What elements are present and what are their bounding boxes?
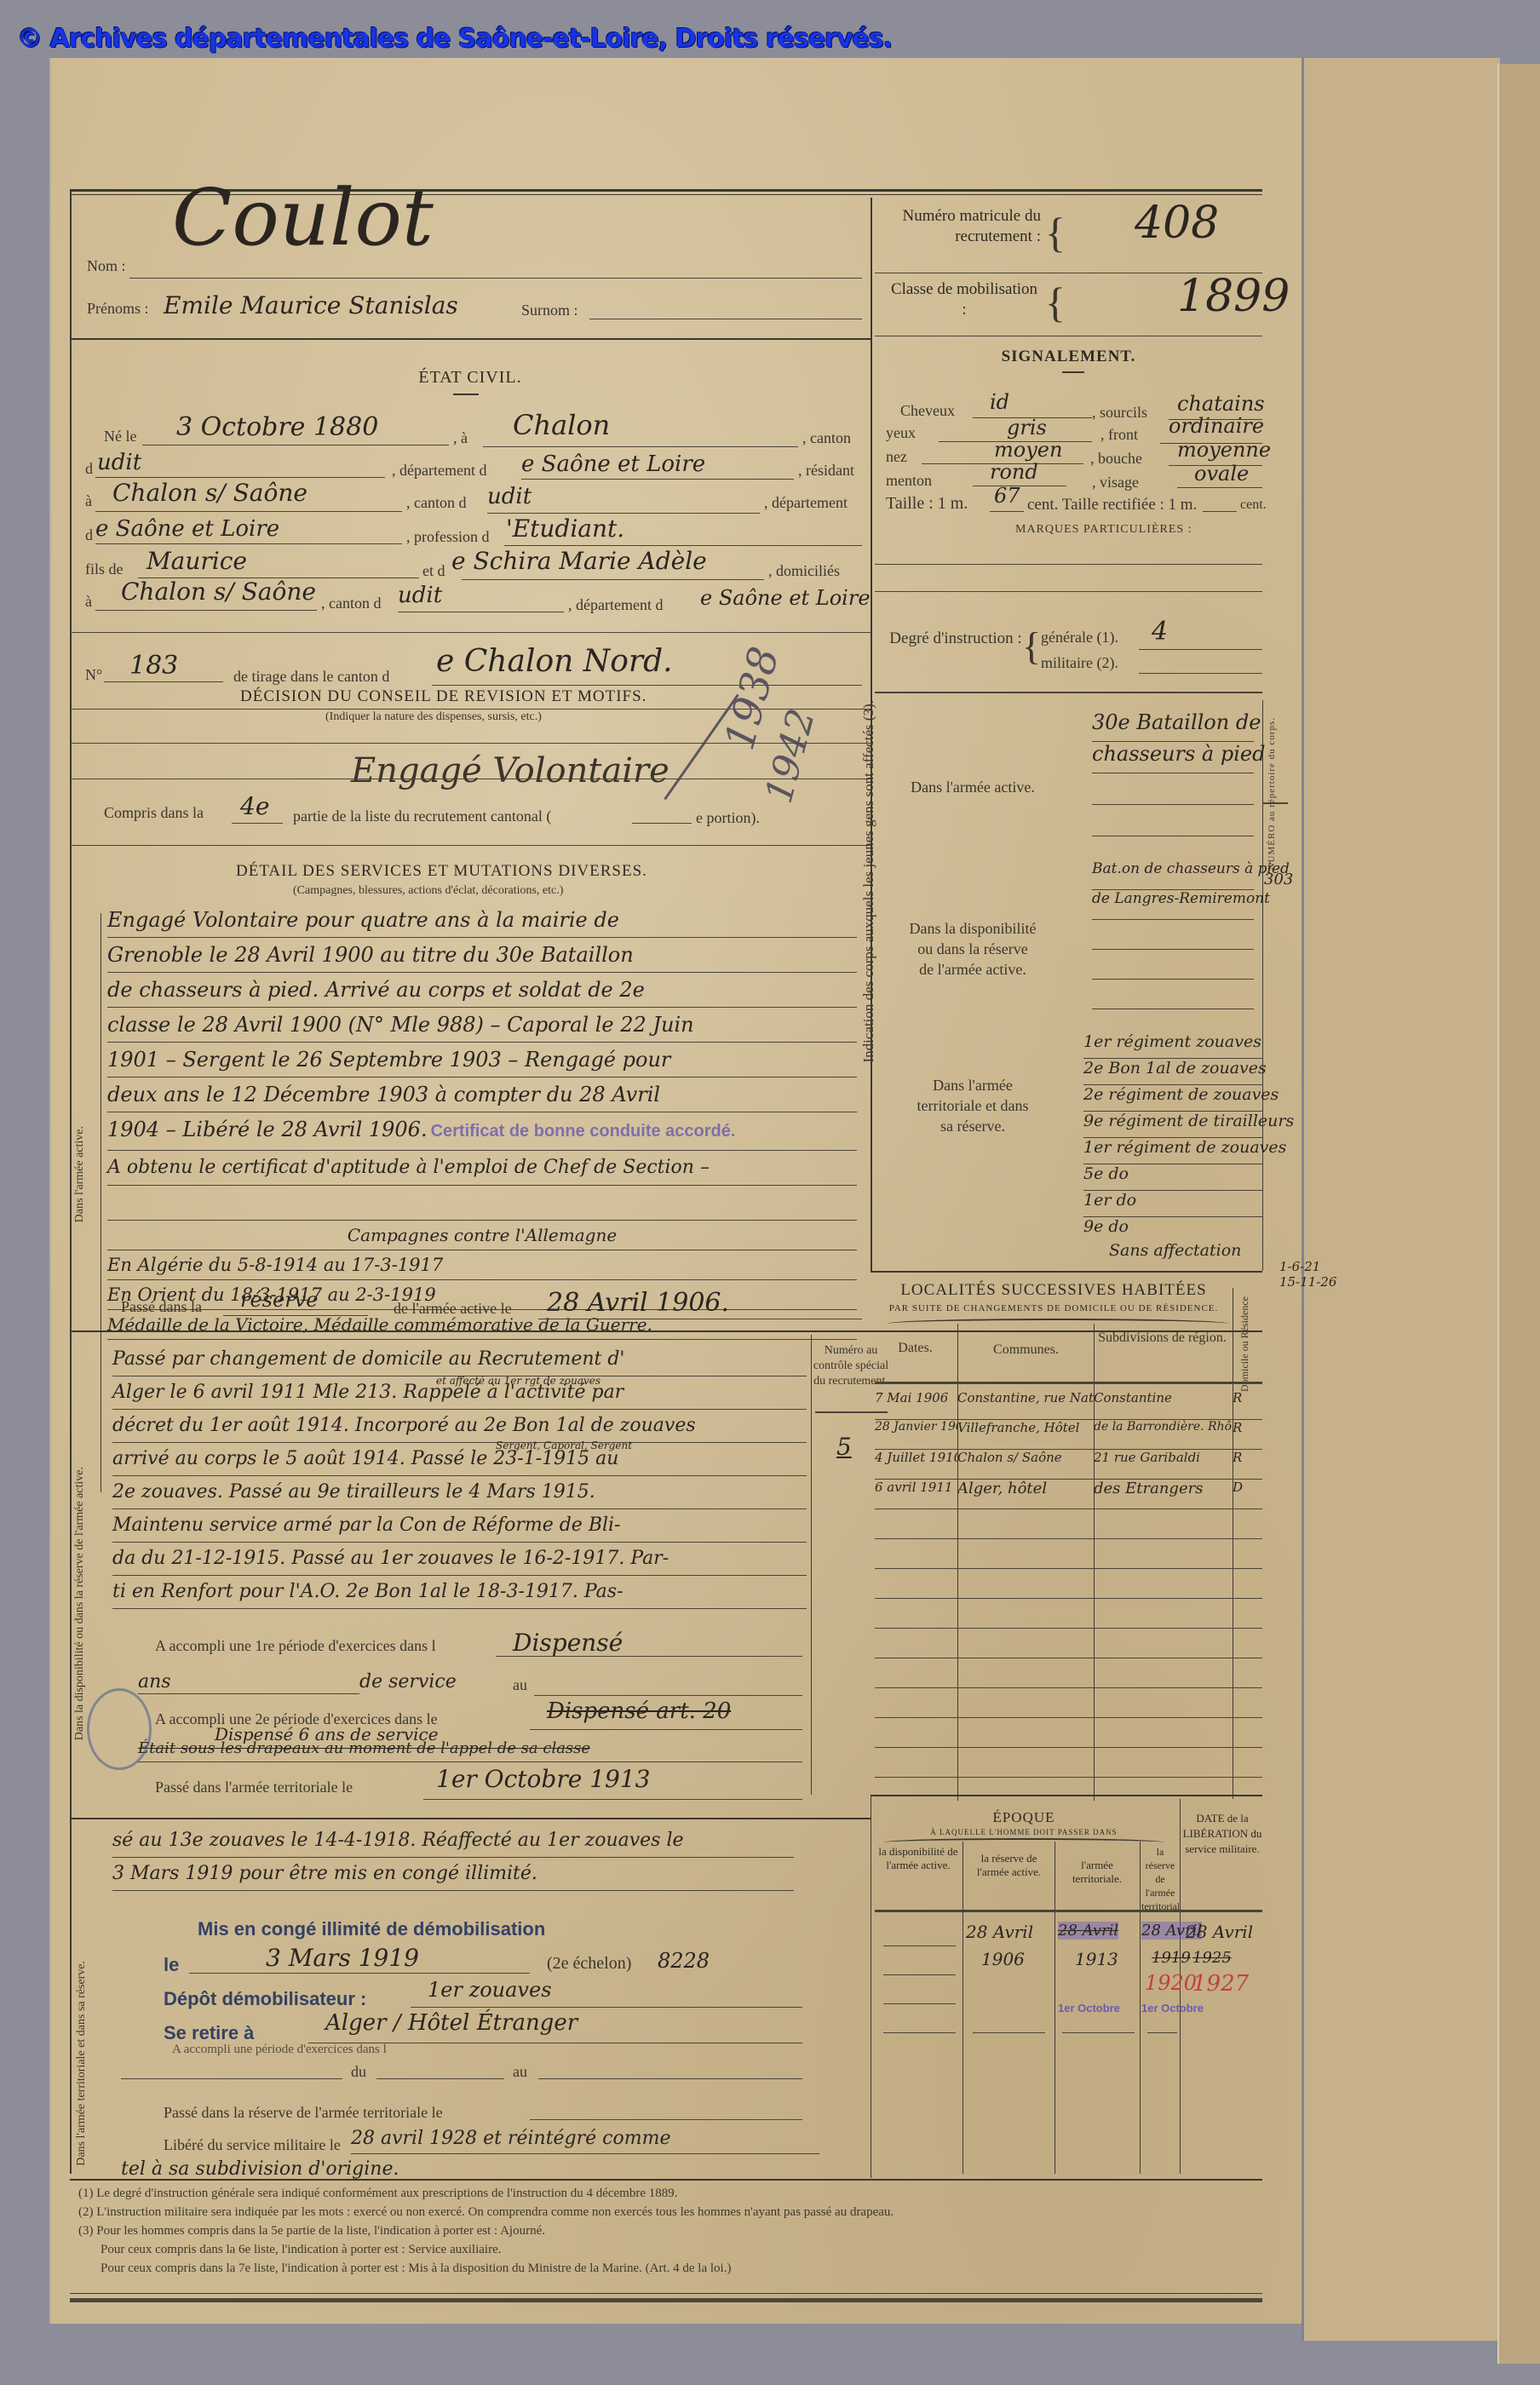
localite-row-empty: [875, 1539, 1262, 1569]
prenoms-value: Emile Maurice Stanislas: [164, 291, 458, 319]
footnote-3: (3) Pour les hommes compris dans la 5e p…: [78, 2221, 1262, 2240]
du-label: du: [351, 2063, 366, 2081]
classe-value: 1899: [1177, 271, 1290, 322]
residant-label: , résidant: [798, 462, 854, 480]
service-line: A obtenu le certificat d'aptitude à l'em…: [107, 1151, 857, 1186]
periode1-service: de service: [359, 1671, 457, 1692]
service-line: deux ans le 12 Décembre 1903 à compter d…: [107, 1078, 857, 1112]
liberation-struck-year: 1925: [1192, 1949, 1232, 1967]
services-text: Engagé Volontaire pour quatre ans à la m…: [107, 903, 857, 1340]
localite-row: 28 Janvier 1908Villefranche, Hôtelde la …: [875, 1420, 1262, 1450]
reserve-active-year: 1906: [981, 1949, 1025, 1969]
reserve-active-date: 28 Avril: [966, 1922, 1033, 1942]
libere-label: Libéré du service militaire le: [164, 2136, 341, 2154]
reserve-territoriale-label: Passé dans la réserve de l'armée territo…: [164, 2104, 443, 2122]
canton2-value: udit: [487, 484, 532, 509]
territoriale-side-label: Dans l'armée territoriale et dans sa rés…: [75, 1961, 89, 2166]
col-dates: Dates.: [875, 1341, 956, 1356]
affectation-terr-line: 5e do: [1083, 1164, 1262, 1191]
date-naissance: 3 Octobre 1880: [176, 412, 378, 442]
conge-date: 3 Mars 1919: [266, 1944, 419, 1972]
cheveux-label: Cheveux: [900, 402, 955, 420]
affectation-terr-line: 9e do: [1083, 1217, 1262, 1241]
disponibilite-side-label: Dans la disponibilité ou dans la réserve…: [73, 1467, 87, 1740]
taille-value: 67: [994, 484, 1020, 508]
service-line: 1904 – Libéré le 28 Avril 1906.: [107, 1118, 428, 1141]
periode2-struck-note: Était sous les drapeaux au moment de l'a…: [138, 1739, 590, 1757]
col-reserve-active: la réserve de l'armée active.: [964, 1852, 1054, 1879]
epoque-title: ÉPOQUE: [875, 1809, 1173, 1826]
passe-reserve-label: Passé dans la: [121, 1298, 202, 1316]
canton-label: , canton: [802, 429, 851, 447]
periode1-value: Dispensé: [513, 1629, 623, 1657]
service-line: Engagé Volontaire pour quatre ans à la m…: [107, 903, 857, 938]
bouche-value: moyenne: [1177, 438, 1271, 462]
localite-row-empty: [875, 1748, 1262, 1778]
localites-table: 7 Mai 1906Constantine, rue NationaleCons…: [875, 1390, 1262, 1778]
passe-territoriale-date: 1er Octobre 1913: [436, 1765, 650, 1793]
localite-row-empty: [875, 1569, 1262, 1599]
affectation-terr-line: 2e régiment de zouaves: [1083, 1085, 1262, 1112]
canton2-label: , canton d: [406, 494, 466, 512]
nom-label: Nom :: [87, 257, 126, 275]
localite-row-empty: [875, 1599, 1262, 1629]
territoriale-year: 1913: [1075, 1949, 1118, 1969]
nom-value: Coulot: [172, 172, 434, 263]
affectation-terr-line: 2e Bon 1al de zouaves: [1083, 1059, 1262, 1085]
menton-label: menton: [886, 472, 932, 490]
domicilies-label: , domiciliés: [768, 562, 840, 580]
echelon-label: (2e échelon): [547, 1954, 631, 1974]
campagne-algerie: En Algérie du 5-8-1914 au 17-3-1917: [107, 1250, 857, 1280]
etat-civil-title: ÉTAT CIVIL.: [70, 368, 871, 388]
libere-suite: tel à sa subdivision d'origine.: [121, 2158, 399, 2180]
instruction-generale-label: générale (1).: [1041, 629, 1118, 647]
col-disponibilite: la disponibilité de l'armée active.: [875, 1845, 962, 1872]
services-side-label: Dans l'armée active.: [73, 1126, 87, 1222]
sans-affectation: Sans affectation: [1083, 1241, 1262, 1263]
service-line: de chasseurs à pied. Arrivé au corps et …: [107, 973, 857, 1008]
mere-value: e Schira Marie Adèle: [451, 547, 707, 575]
localite-row-empty: [875, 1658, 1262, 1688]
col-reserve-territoriale: la réserve de l'armée territoriale.: [1141, 1845, 1179, 1913]
partie-label: partie de la liste du recrutement canton…: [293, 807, 551, 825]
signalement-title: SIGNALEMENT.: [875, 348, 1262, 366]
liberation-red-year: 1927: [1192, 1971, 1249, 1997]
dispo-line: Passé par changement de domicile au Recr…: [112, 1343, 807, 1376]
partie-value: 4e: [240, 792, 269, 820]
depot-label: Dépôt démobilisateur :: [164, 1988, 366, 2010]
armee-active-list: 30e Bataillon de chasseurs à pied: [1092, 710, 1254, 836]
passe-territoriale-label: Passé dans l'armée territoriale le: [155, 1779, 353, 1796]
footnotes: (1) Le degré d'instruction générale sera…: [78, 2184, 1262, 2278]
instruction-militaire-label: militaire (2).: [1041, 654, 1118, 672]
copyright-watermark: © Archives départementales de Saône-et-L…: [17, 24, 892, 54]
departement2-prefix: d: [85, 526, 93, 544]
departement3-value: e Saône et Loire: [700, 586, 871, 610]
reserve-terr-stamp: 1er Octobre: [1141, 2002, 1204, 2014]
domicile-value: Chalon s/ Saône: [121, 578, 316, 606]
periode-label: A accompli une période d'exercices dans …: [172, 2043, 387, 2057]
libere-date: 28 avril 1928 et réintégré comme: [351, 2128, 670, 2149]
service-line: 1901 – Sergent le 26 Septembre 1903 – Re…: [107, 1043, 857, 1078]
dispo-line: da du 21-12-1915. Passé au 1er zouaves l…: [112, 1543, 807, 1576]
profession-value: 'Etudiant.: [506, 514, 624, 543]
tirage-numero: 183: [129, 651, 178, 681]
prenoms-label: Prénoms :: [87, 300, 149, 318]
numero-matricule-value: 408: [1135, 198, 1219, 249]
fils-de-label: fils de: [85, 560, 124, 578]
campagnes-title: Campagnes contre l'Allemagne: [107, 1221, 857, 1250]
terr-line: 3 Mars 1919 pour être mis en congé illim…: [112, 1858, 794, 1891]
service-line: Grenoble le 28 Avril 1900 au titre du 30…: [107, 938, 857, 973]
bonne-conduite-stamp: Certificat de bonne conduite accordé.: [431, 1122, 736, 1141]
profession-label: , profession d: [406, 528, 490, 546]
passe-reserve-suffix: de l'armée active le: [394, 1300, 512, 1318]
footnote-5: Pour ceux compris dans la 7e liste, l'in…: [78, 2259, 1262, 2278]
numero-controle-value: 5: [836, 1433, 852, 1461]
canton3-value: udit: [398, 583, 442, 608]
tirage-prefix: N°: [85, 666, 102, 684]
next-page-edge: [1302, 58, 1500, 2341]
front-label: , front: [1100, 426, 1138, 444]
echelon-number: 8228: [658, 1949, 710, 1973]
yeux-label: yeux: [886, 424, 916, 442]
epoque-subtitle: À LAQUELLE L'HOMME DOIT PASSER DANS: [875, 1828, 1173, 1836]
passe-reserve-value: réserve: [240, 1288, 318, 1312]
margin-date: 15-11-26: [1279, 1274, 1336, 1290]
decision-motif: Engagé Volontaire: [351, 751, 669, 790]
residence-value: Chalon s/ Saône: [112, 479, 307, 507]
nez-label: nez: [886, 448, 907, 466]
cheveux-value: id: [990, 390, 1009, 414]
au-label-2: au: [513, 2063, 527, 2081]
affectation-terr-line: 9e régiment de tirailleurs: [1083, 1112, 1262, 1138]
territoriale-list: 1er régiment zouaves 2e Bon 1al de zouav…: [1083, 1032, 1262, 1263]
binding-edge: [1497, 64, 1540, 2364]
canton-value: udit: [97, 450, 141, 475]
terr-line: sé au 13e zouaves le 14-4-1918. Réaffect…: [112, 1825, 794, 1858]
reserve-terr-red-year: 1920: [1145, 1971, 1197, 1995]
affectation-terr-line: 1er régiment de zouaves: [1083, 1138, 1262, 1164]
pere-value: Maurice: [147, 547, 247, 575]
visage-label: , visage: [1092, 474, 1139, 491]
disponibilite-label: Dans la disponibilité ou dans la réserve…: [909, 918, 1037, 980]
territoriale-stamp: 1er Octobre: [1058, 2002, 1120, 2014]
portion-label: e portion).: [696, 809, 760, 827]
dispo-line: arrivé au corps le 5 août 1914. Passé le…: [112, 1443, 807, 1476]
interline-note: et affecté au 1er rgt de zouaves: [436, 1375, 600, 1387]
nez-value: moyen: [994, 438, 1062, 462]
cent-label: cent.: [1240, 497, 1267, 513]
sourcils-label: , sourcils: [1092, 404, 1147, 422]
localites-subtitle: PAR SUITE DE CHANGEMENTS DE DOMICILE OU …: [875, 1303, 1233, 1313]
ne-le-label: Né le: [104, 428, 136, 445]
footnote-4: Pour ceux compris dans la 6e liste, l'in…: [78, 2240, 1262, 2259]
passe-reserve-date: 28 Avril 1906.: [547, 1288, 729, 1318]
instruction-generale-value: 4: [1152, 617, 1168, 647]
departement3-label: , département d: [568, 596, 663, 614]
territoriale-text: sé au 13e zouaves le 14-4-1918. Réaffect…: [112, 1825, 794, 1891]
affectations-side-label: Indication des corps auxquels les jeunes…: [860, 700, 877, 1063]
col-communes: Communes.: [960, 1342, 1092, 1358]
numero-repertoire-label: NUMÉRO au répertoire du corps.: [1267, 717, 1277, 870]
col-subdivisions: Subdivisions de région.: [1096, 1330, 1228, 1346]
dispo-line: ti en Renfort pour l'A.O. 2e Bon 1al le …: [112, 1576, 807, 1609]
menton-value: rond: [990, 460, 1038, 484]
disponibilite-list: Bat.on de chasseurs à pied de Langres-Re…: [1092, 860, 1254, 1009]
yeux-value: gris: [1007, 416, 1047, 440]
conge-le-label: le: [164, 1954, 179, 1976]
reserve-terr-struck-year: 1919: [1152, 1949, 1191, 1967]
localites-title: LOCALITÉS SUCCESSIVES HABITÉES: [875, 1281, 1233, 1300]
armee-active-label: Dans l'armée active.: [909, 777, 1037, 797]
interline-note: Sergent, Caporal, Sergent: [496, 1440, 632, 1451]
affectation-dispo-line: de Langres-Remiremont: [1092, 890, 1254, 920]
services-title: DÉTAIL DES SERVICES ET MUTATIONS DIVERSE…: [236, 862, 647, 881]
periode1-label: A accompli une 1re période d'exercices d…: [155, 1637, 436, 1655]
front-value: ordinaire: [1169, 414, 1264, 438]
surnom-label: Surnom :: [521, 302, 578, 319]
departement2-value: e Saône et Loire: [95, 516, 279, 542]
a-label: , à: [453, 429, 468, 447]
localite-row-empty: [875, 1509, 1262, 1539]
localite-row: 4 Juillet 1910Chalon s/ Saône21 rue Gari…: [875, 1450, 1262, 1480]
affectation-terr-line: 1er régiment zouaves: [1083, 1032, 1262, 1059]
affectation-dispo-line: Bat.on de chasseurs à pied: [1092, 860, 1254, 890]
territoriale-date: 28 Avril: [1058, 1922, 1118, 1940]
services-subtitle: (Campagnes, blessures, actions d'éclat, …: [293, 884, 563, 898]
col-domicile: Domicile ou Résidence: [1238, 1296, 1251, 1392]
affectation-active-line: 30e Bataillon de: [1092, 710, 1254, 742]
retire-value: Alger / Hôtel Étranger: [325, 2010, 577, 2036]
residence-prefix: à: [85, 492, 92, 510]
liberation-date: 28 Avril: [1186, 1922, 1253, 1942]
localite-row: 7 Mai 1906Constantine, rue NationaleCons…: [875, 1390, 1262, 1420]
taille-label: Taille : 1 m.: [886, 494, 968, 514]
disponibilite-numero: 303: [1264, 871, 1293, 888]
au-label: au: [513, 1676, 527, 1694]
footnote-1: (1) Le degré d'instruction générale sera…: [78, 2184, 1262, 2203]
departement2-label: , département: [764, 494, 848, 512]
marques-label: MARQUES PARTICULIÈRES :: [1015, 523, 1192, 537]
retire-label: Se retire à: [164, 2022, 254, 2044]
service-line: classe le 28 Avril 1900 (N° Mle 988) – C…: [107, 1008, 857, 1043]
canton-prefix: d: [85, 460, 93, 478]
dispo-line: Maintenu service armé par la Con de Réfo…: [112, 1509, 807, 1543]
affectation-terr-line: 1er do: [1083, 1191, 1262, 1217]
classe-label: Classe de mobilisation :: [888, 279, 1041, 320]
localite-row-empty: [875, 1629, 1262, 1658]
canton3-label: , canton d: [321, 595, 381, 612]
dispo-line: décret du 1er août 1914. Incorporé au 2e…: [112, 1410, 807, 1443]
affectation-active-line: chasseurs à pied: [1092, 742, 1254, 773]
mere-label: et d: [422, 562, 445, 580]
tirage-label: de tirage dans le canton d: [233, 668, 389, 686]
circular-stamp: [87, 1688, 152, 1770]
margin-date: 1-6-21: [1279, 1259, 1320, 1274]
col-armee-territoriale: l'armée territoriale.: [1056, 1859, 1138, 1886]
periode2-value: Dispensé art. 20: [547, 1698, 731, 1724]
visage-value: ovale: [1194, 462, 1249, 486]
lieu-naissance: Chalon: [513, 409, 610, 441]
compris-label: Compris dans la: [104, 804, 204, 822]
departement-value: e Saône et Loire: [521, 451, 705, 477]
decision-subtitle: (Indiquer la nature des dispenses, sursi…: [325, 710, 542, 724]
bouche-label: , bouche: [1090, 450, 1142, 468]
military-register-form: Nom : Coulot Prénoms : Emile Maurice Sta…: [70, 189, 1262, 2182]
localite-row-empty: [875, 1718, 1262, 1748]
localite-row: 6 avril 1911Alger, hôteldes EtrangersD: [875, 1480, 1262, 1509]
sourcils-value: chatains: [1177, 392, 1265, 416]
taille-rectifiee-label: cent. Taille rectifiée : 1 m.: [1027, 496, 1197, 514]
periode1-ans: ans: [138, 1671, 171, 1692]
domicile-prefix: à: [85, 593, 92, 611]
numero-matricule-label: Numéro matricule du recrutement :: [888, 206, 1041, 247]
decision-title: DÉCISION DU CONSEIL DE REVISION ET MOTIF…: [240, 687, 646, 706]
depot-value: 1er zouaves: [428, 1978, 552, 2002]
armee-territoriale-label: Dans l'armée territoriale et dans sa rés…: [909, 1075, 1037, 1136]
localite-row-empty: [875, 1688, 1262, 1718]
degre-instruction-label: Degré d'instruction :: [888, 629, 1024, 649]
departement-label: , département d: [392, 462, 486, 480]
col-liberation: DATE de la LIBÉRATION du service militai…: [1182, 1811, 1262, 1857]
dispo-line: 2e zouaves. Passé au 9e tirailleurs le 4…: [112, 1476, 807, 1509]
tirage-canton: e Chalon Nord.: [436, 644, 673, 679]
footnote-2: (2) L'instruction militaire sera indiqué…: [78, 2203, 1262, 2221]
conge-stamp: Mis en congé illimité de démobilisation: [198, 1918, 545, 1940]
